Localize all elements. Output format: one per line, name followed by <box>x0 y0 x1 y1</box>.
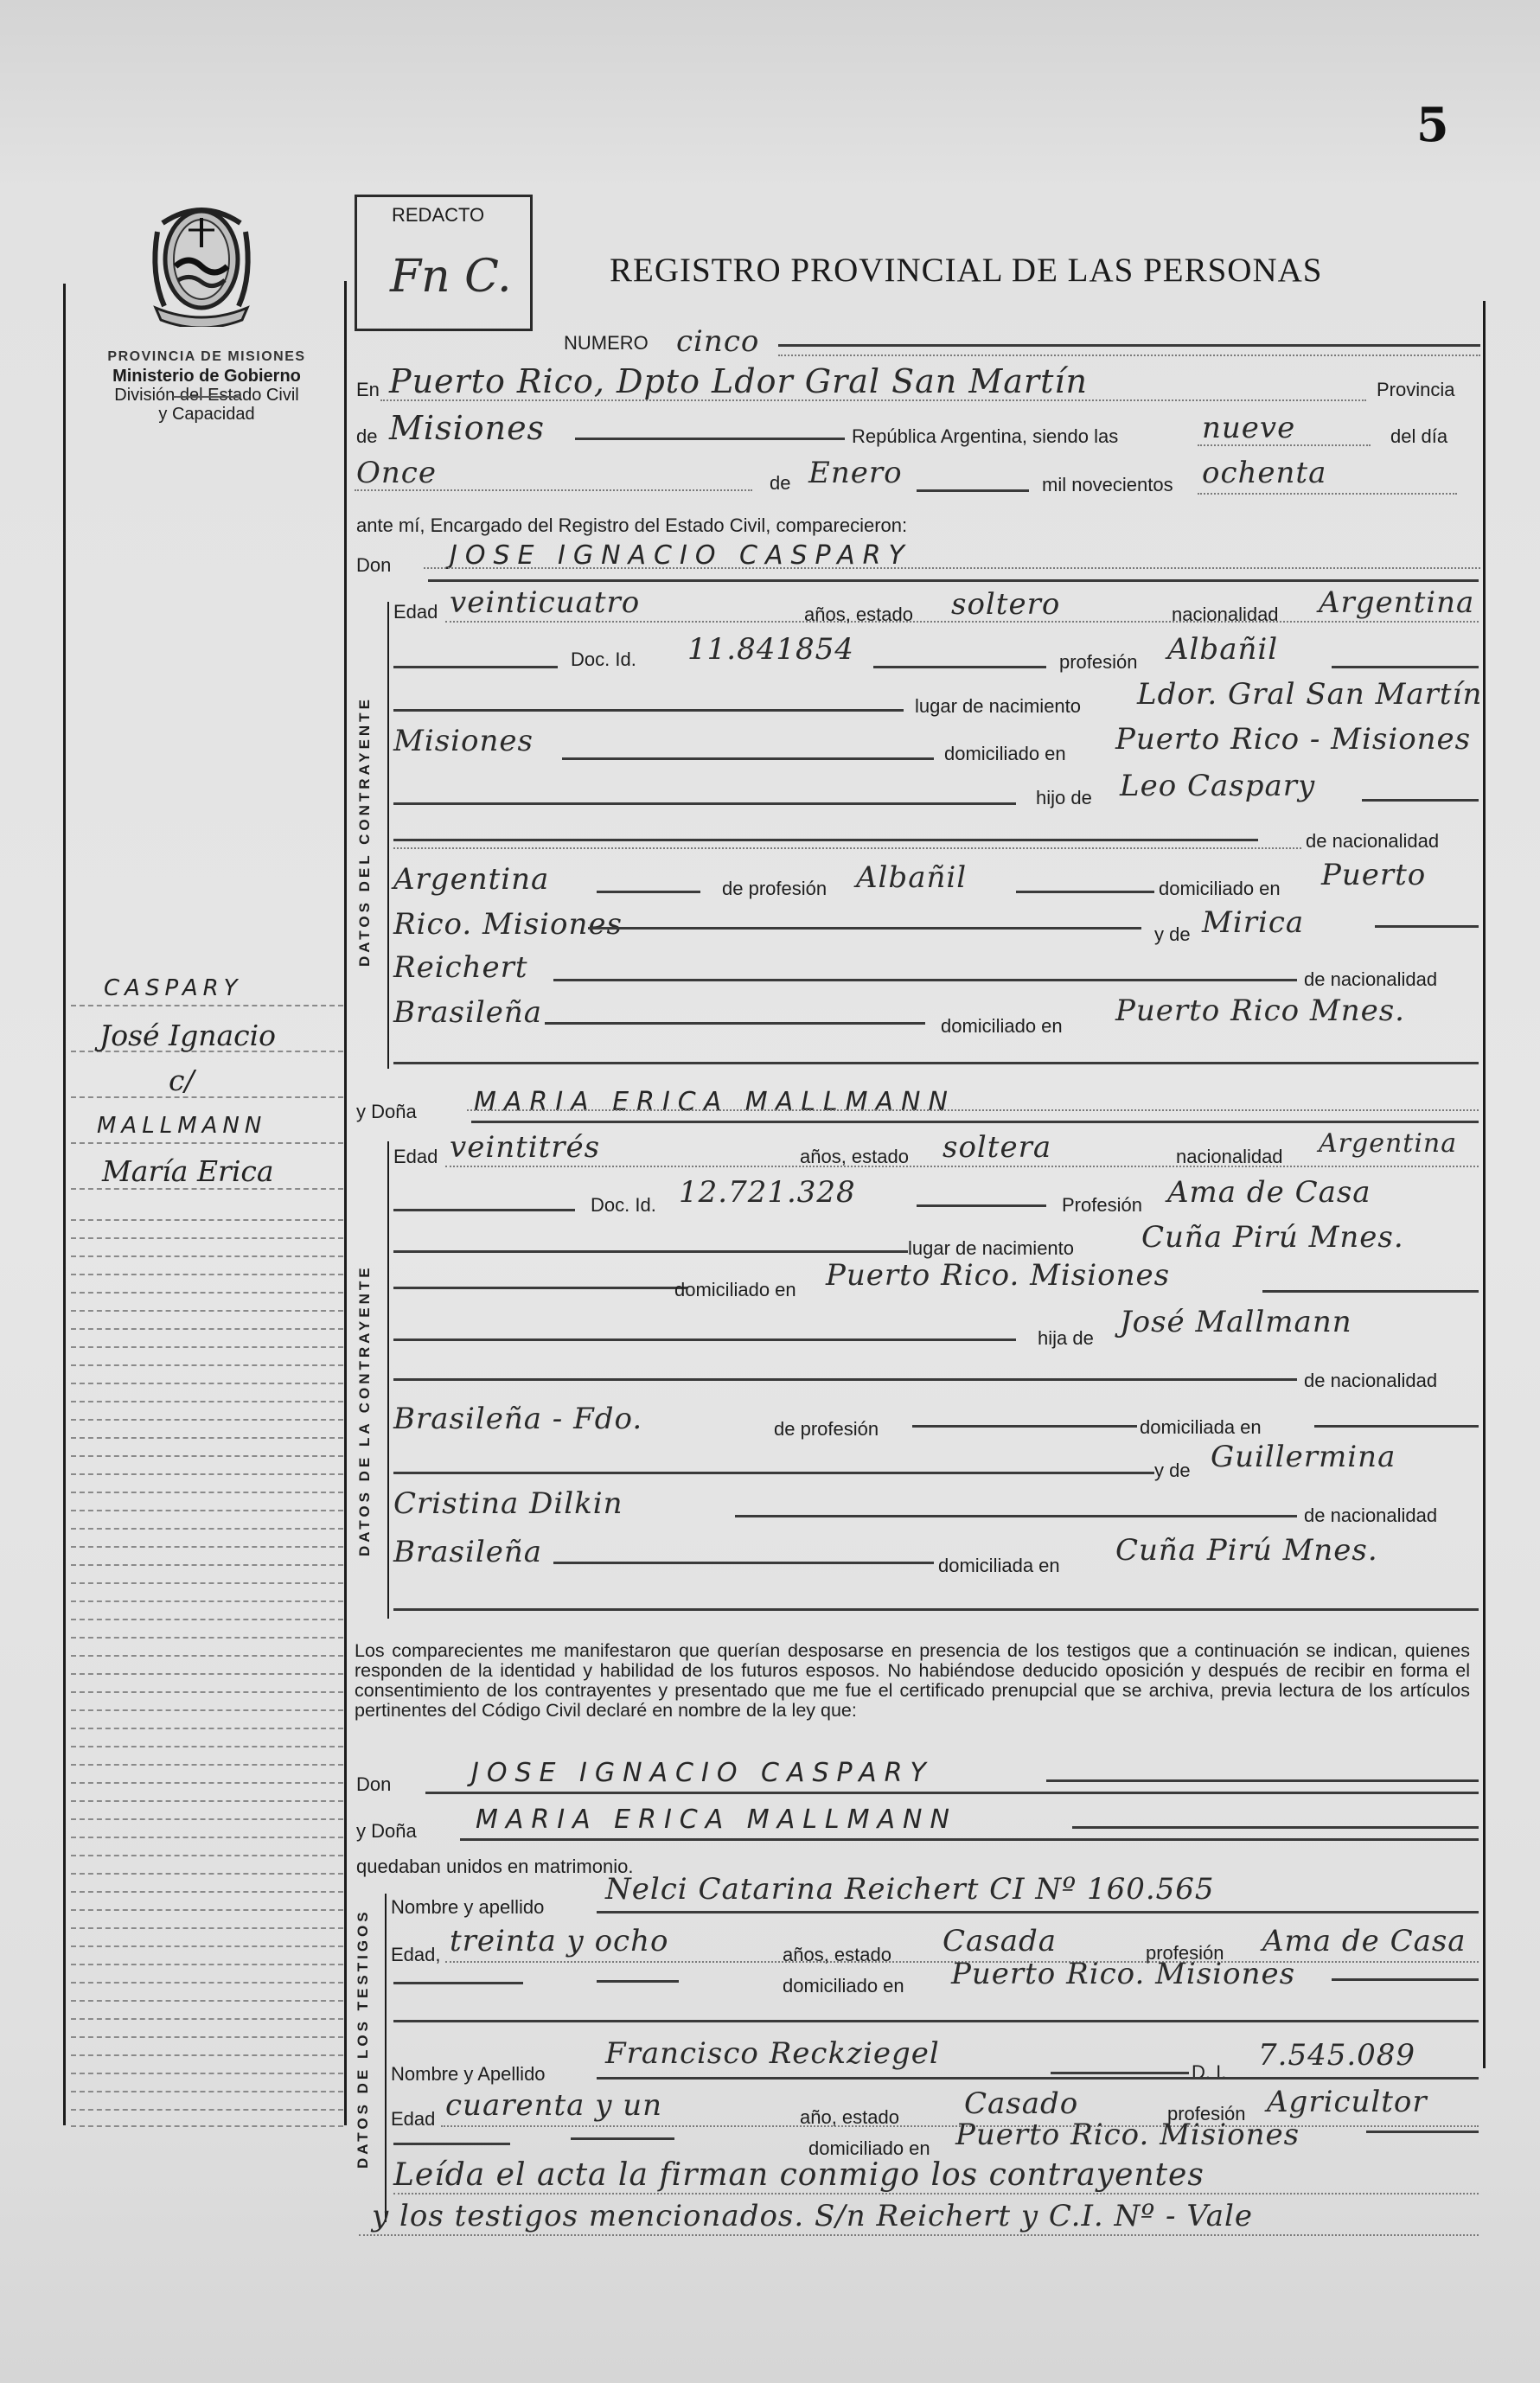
edad-label: Edad <box>393 603 438 622</box>
bride-father-prof-label: de profesión <box>774 1420 879 1439</box>
estado-value: soltero <box>951 590 1060 619</box>
t1-profesion-value: Ama de Casa <box>1262 1926 1467 1956</box>
nacionalidad-value: Argentina <box>1319 588 1474 617</box>
nacionalidad-label-2: nacionalidad <box>1176 1147 1283 1166</box>
anos-estado-label: años, estado <box>804 605 913 624</box>
republica-label: República Argentina, siendo las <box>852 427 1118 446</box>
margin-name-bride: María Erica <box>102 1154 274 1188</box>
anos-estado-label-2: años, estado <box>800 1147 909 1166</box>
t2-nombre-label: Nombre y Apellido <box>391 2065 546 2084</box>
mil-label: mil novecientos <box>1042 476 1173 495</box>
bride-mother-nac-value: Brasileña <box>393 1537 542 1567</box>
don-label: Don <box>356 556 391 575</box>
father-dom-label: domiciliado en <box>1159 879 1281 898</box>
bride-mother-value: Guillermina <box>1211 1442 1396 1472</box>
father-dom-value: Puerto <box>1321 860 1426 890</box>
t1-domicilio-value: Puerto Rico. Misiones <box>951 1959 1295 1989</box>
t2-di-value: 7.545.089 <box>1258 2041 1415 2070</box>
hija-de-label: hija de <box>1038 1329 1094 1348</box>
bride-father-value: José Mallmann <box>1120 1307 1352 1337</box>
org-province: PROVINCIA DE MISIONES <box>67 349 346 365</box>
father-dom-cont: Rico. Misiones <box>393 910 623 939</box>
provincial-coat-of-arms-icon <box>145 197 258 327</box>
father-value: Leo Caspary <box>1120 771 1315 801</box>
margin-name-groom: José Ignacio <box>99 1019 276 1052</box>
t2-profesion-value: Agricultor <box>1267 2087 1428 2117</box>
profesion-value-2: Ama de Casa <box>1167 1178 1371 1207</box>
org-ministry: Ministerio de Gobierno <box>67 367 346 387</box>
bride-mother-dom-label: domiciliada en <box>938 1556 1060 1575</box>
t2-estado-value: Casado <box>964 2089 1078 2118</box>
profesion-value: Albañil <box>1167 635 1278 664</box>
t2-domicilio-value: Puerto Rico. Misiones <box>955 2120 1300 2150</box>
decl-bride-name: MARIA ERICA MALLMANN <box>476 1807 957 1833</box>
doc-label-2: Doc. Id. <box>591 1196 656 1215</box>
domicilio-label-2: domiciliado en <box>674 1281 796 1300</box>
t2-nombre-value: Francisco Reckziegel <box>605 2039 940 2068</box>
mother-value-cont: Reichert <box>393 953 528 982</box>
t2-edad-value: cuarenta y un <box>445 2091 662 2120</box>
doc-label: Doc. Id. <box>571 650 636 669</box>
profesion-label-2: Profesión <box>1062 1196 1142 1215</box>
edad-value: veinticuatro <box>450 588 640 617</box>
decl-dona-label: y Doña <box>356 1822 417 1841</box>
father-nac-value: Argentina <box>393 865 549 894</box>
bride-mother-dom-value: Cuña Pirú Mnes. <box>1115 1536 1378 1565</box>
domicilio-label: domiciliado en <box>944 744 1066 763</box>
testigos-bracket <box>385 1894 387 2222</box>
org-divider <box>173 396 239 398</box>
org-capacity: y Capacidad <box>67 405 346 425</box>
dona-label: y Doña <box>356 1102 417 1121</box>
bride-father-dom-label: domiciliada en <box>1140 1418 1262 1437</box>
mother-value: Mirica <box>1202 908 1304 937</box>
father-nac-label: de nacionalidad <box>1306 832 1439 851</box>
father-prof-value: Albañil <box>856 863 967 892</box>
y-de-label-2: y de <box>1154 1461 1191 1480</box>
edad-label-2: Edad <box>393 1147 438 1166</box>
bride-mother-value-cont: Cristina Dilkin <box>393 1489 623 1518</box>
bride-name: MARIA ERICA MALLMANN <box>474 1089 955 1115</box>
t1-domicilio-label: domiciliado en <box>783 1977 904 1996</box>
father-prof-label: de profesión <box>722 879 827 898</box>
redacto-box: REDACTO Fn C. <box>355 195 533 331</box>
hijo-de-label: hijo de <box>1036 789 1092 808</box>
decl-don-label: Don <box>356 1775 391 1794</box>
t1-nombre-label: Nombre y apellido <box>391 1898 544 1917</box>
t1-anos-label: años, estado <box>783 1945 891 1965</box>
margin-right-border <box>344 281 347 2125</box>
domicilio-value-2: Puerto Rico. Misiones <box>826 1261 1170 1290</box>
redacto-initials: Fn C. <box>390 251 512 303</box>
lugar-label-2: lugar de nacimiento <box>908 1239 1074 1258</box>
numero-label: NUMERO <box>564 334 649 353</box>
contrayenta-bracket <box>387 1141 389 1619</box>
lugar-value-2: Cuña Pirú Mnes. <box>1141 1223 1404 1252</box>
contrayente-side-label: DATOS DEL CONTRAYENTE <box>356 696 374 967</box>
t1-nombre-value: Nelci Catarina Reichert CI Nº 160.565 <box>605 1875 1215 1904</box>
decl-groom-name: JOSE IGNACIO CASPARY <box>471 1760 934 1786</box>
lugar-value: Ldor. Gral San Martín <box>1137 680 1482 709</box>
provincia-label: Provincia <box>1377 380 1454 399</box>
de-label: de <box>356 427 377 446</box>
de2-label: de <box>770 474 790 493</box>
t2-edad-label: Edad <box>391 2110 435 2129</box>
t1-edad-value: treinta y ocho <box>450 1926 668 1956</box>
t2-domicilio-label: domiciliado en <box>808 2139 930 2158</box>
anio-value: ochenta <box>1202 458 1326 488</box>
bride-father-nac-value: Brasileña - Fdo. <box>393 1404 642 1434</box>
mes-value: Enero <box>808 458 903 488</box>
declaration-text: Los comparecientes me manifestaron que q… <box>355 1641 1470 1721</box>
contrayente-bracket <box>387 602 389 1069</box>
groom-name: JOSE IGNACIO CASPARY <box>450 543 912 569</box>
t2-anos-label: año, estado <box>800 2108 899 2127</box>
decl-closing: quedaban unidos en matrimonio. <box>356 1857 633 1876</box>
testigos-side-label: DATOS DE LOS TESTIGOS <box>355 1908 372 2169</box>
t1-edad-label: Edad, <box>391 1945 441 1965</box>
bride-mother-nac-label: de nacionalidad <box>1304 1506 1437 1525</box>
edad-value-2: veintitrés <box>450 1133 600 1162</box>
nacionalidad-label: nacionalidad <box>1172 605 1279 624</box>
mother-dom-value: Puerto Rico Mnes. <box>1115 996 1405 1025</box>
document-page: 5 PROVINCIA DE MISIONES Ministerio de Go… <box>0 0 1540 2383</box>
margin-left-border <box>63 284 66 2125</box>
closing-line-1: Leída el acta la firman conmigo los cont… <box>393 2160 1205 2191</box>
margin-surname-groom: CASPARY <box>104 975 243 1001</box>
redacto-label: REDACTO <box>392 204 484 227</box>
hora-value: nueve <box>1202 413 1295 443</box>
doc-value: 11.841854 <box>687 635 854 664</box>
mother-nac-label: de nacionalidad <box>1304 970 1437 989</box>
lugar-value-cont: Misiones <box>393 726 534 756</box>
mother-dom-label: domiciliado en <box>941 1017 1063 1036</box>
profesion-label: profesión <box>1059 653 1138 672</box>
lugar-label: lugar de nacimiento <box>915 697 1081 716</box>
contrayenta-side-label: DATOS DE LA CONTRAYENTE <box>356 1264 374 1556</box>
en-label: En <box>356 380 380 399</box>
y-de-label: y de <box>1154 925 1191 944</box>
en-value: Puerto Rico, Dpto Ldor Gral San Martín <box>389 365 1088 398</box>
document-title: REGISTRO PROVINCIAL DE LAS PERSONAS <box>610 251 1322 290</box>
del-dia-label: del día <box>1390 427 1447 446</box>
doc-value-2: 12.721.328 <box>679 1178 856 1207</box>
nacionalidad-value-2: Argentina <box>1319 1131 1457 1157</box>
margin-surname-bride: MALLMANN <box>97 1113 266 1139</box>
t1-estado-value: Casada <box>943 1926 1057 1956</box>
estado-value-2: soltera <box>943 1133 1051 1162</box>
numero-value: cinco <box>676 327 759 356</box>
closing-line-2: y los testigos mencionados. S/n Reichert… <box>372 2201 1253 2231</box>
mother-nac-value: Brasileña <box>393 998 542 1027</box>
de-value: Misiones <box>389 412 545 444</box>
dia-value: Once <box>356 458 437 488</box>
form-right-border <box>1483 301 1486 2068</box>
margin-conjunction: c/ <box>169 1064 195 1097</box>
bride-father-nac-label: de nacionalidad <box>1304 1371 1437 1390</box>
ante-mi-text: ante mí, Encargado del Registro del Esta… <box>356 516 907 535</box>
page-number: 5 <box>1416 97 1449 152</box>
domicilio-value: Puerto Rico - Misiones <box>1115 725 1471 754</box>
